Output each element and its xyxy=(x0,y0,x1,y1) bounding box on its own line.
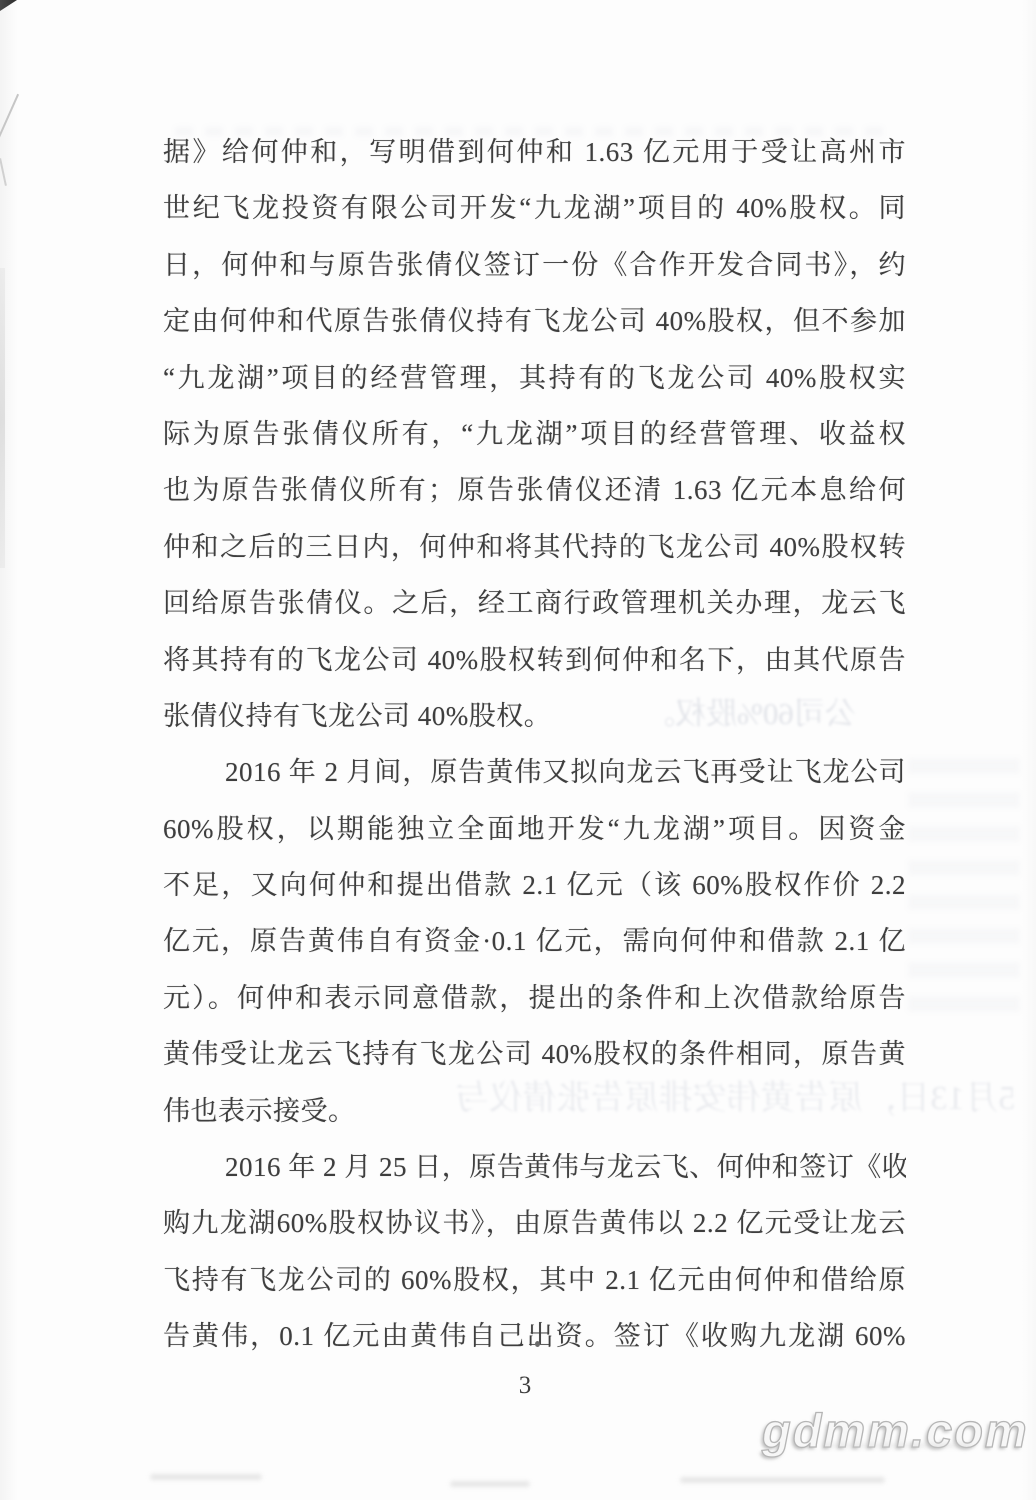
bleed-through-smudge xyxy=(908,742,1020,1012)
bottom-smudge xyxy=(680,1477,885,1483)
scanned-court-document-page: 公司60%股权。 5月13日，原告黄伟安排原告张倩仪与 据》给何仲和，写明借到何… xyxy=(0,0,1036,1500)
text-line: 定由何仲和代原告张倩仪持有飞龙公司 40%股权，但不参加 xyxy=(163,293,906,349)
text-line: 飞持有飞龙公司的 60%股权，其中 2.1 亿元由何仲和借给原 xyxy=(163,1252,906,1308)
text-line: 仲和之后的三日内，何仲和将其代持的飞龙公司 40%股权转 xyxy=(163,519,906,575)
text-line: 日，何仲和与原告张倩仪签订一份《合作开发合同书》，约 xyxy=(163,237,906,293)
text-line: 世纪飞龙投资有限公司开发“九龙湖”项目的 40%股权。同 xyxy=(163,180,906,236)
text-line: 告黄伟，0.1 亿元由黄伟自己出资。签订《收购九龙湖 60% xyxy=(163,1308,906,1364)
edge-scratch xyxy=(0,158,7,186)
text-line: 张倩仪持有飞龙公司 40%股权。 xyxy=(163,688,906,744)
bottom-smudge xyxy=(450,1481,530,1487)
stray-ink-dot xyxy=(535,1341,540,1347)
text-line: 将其持有的飞龙公司 40%股权转到何仲和名下，由其代原告 xyxy=(163,632,906,688)
text-line: 伟也表示接受。 xyxy=(163,1083,906,1139)
bottom-smudge xyxy=(822,1443,972,1448)
text-line: 2016 年 2 月间，原告黄伟又拟向龙云飞再受让飞龙公司 xyxy=(163,744,906,800)
text-line: 60%股权，以期能独立全面地开发“九龙湖”项目。因资金 xyxy=(163,801,906,857)
text-line: 不足，又向何仲和提出借款 2.1 亿元（该 60%股权作价 2.2 xyxy=(163,857,906,913)
site-watermark: gdmm.com xyxy=(762,1403,1029,1458)
bottom-smudge xyxy=(150,1474,262,1480)
edge-scratch xyxy=(0,94,19,140)
left-edge-streak xyxy=(0,268,5,568)
page-number: 3 xyxy=(503,1372,547,1400)
text-line: 也为原告张倩仪所有；原告张倩仪还清 1.63 亿元本息给何 xyxy=(163,462,906,518)
text-line: 2016 年 2 月 25 日，原告黄伟与龙云飞、何仲和签订《收 xyxy=(163,1139,906,1195)
text-line: 际为原告张倩仪所有，“九龙湖”项目的经营管理、收益权 xyxy=(163,406,906,462)
document-body: 据》给何仲和，写明借到何仲和 1.63 亿元用于受让高州市 世纪飞龙投资有限公司… xyxy=(163,124,906,1365)
text-line: 亿元，原告黄伟自有资金·0.1 亿元，需向何仲和借款 2.1 亿 xyxy=(163,913,906,969)
text-line: 元）。何仲和表示同意借款，提出的条件和上次借款给原告 xyxy=(163,970,906,1026)
text-line: 回给原告张倩仪。之后，经工商行政管理机关办理，龙云飞 xyxy=(163,575,906,631)
text-line: 黄伟受让龙云飞持有飞龙公司 40%股权的条件相同，原告黄 xyxy=(163,1026,906,1082)
corner-scan-mark xyxy=(0,0,17,11)
text-line: “九龙湖”项目的经营管理，其持有的飞龙公司 40%股权实 xyxy=(163,350,906,406)
text-line: 据》给何仲和，写明借到何仲和 1.63 亿元用于受让高州市 xyxy=(163,124,906,180)
text-line: 购九龙湖60%股权协议书》，由原告黄伟以 2.2 亿元受让龙云 xyxy=(163,1195,906,1251)
